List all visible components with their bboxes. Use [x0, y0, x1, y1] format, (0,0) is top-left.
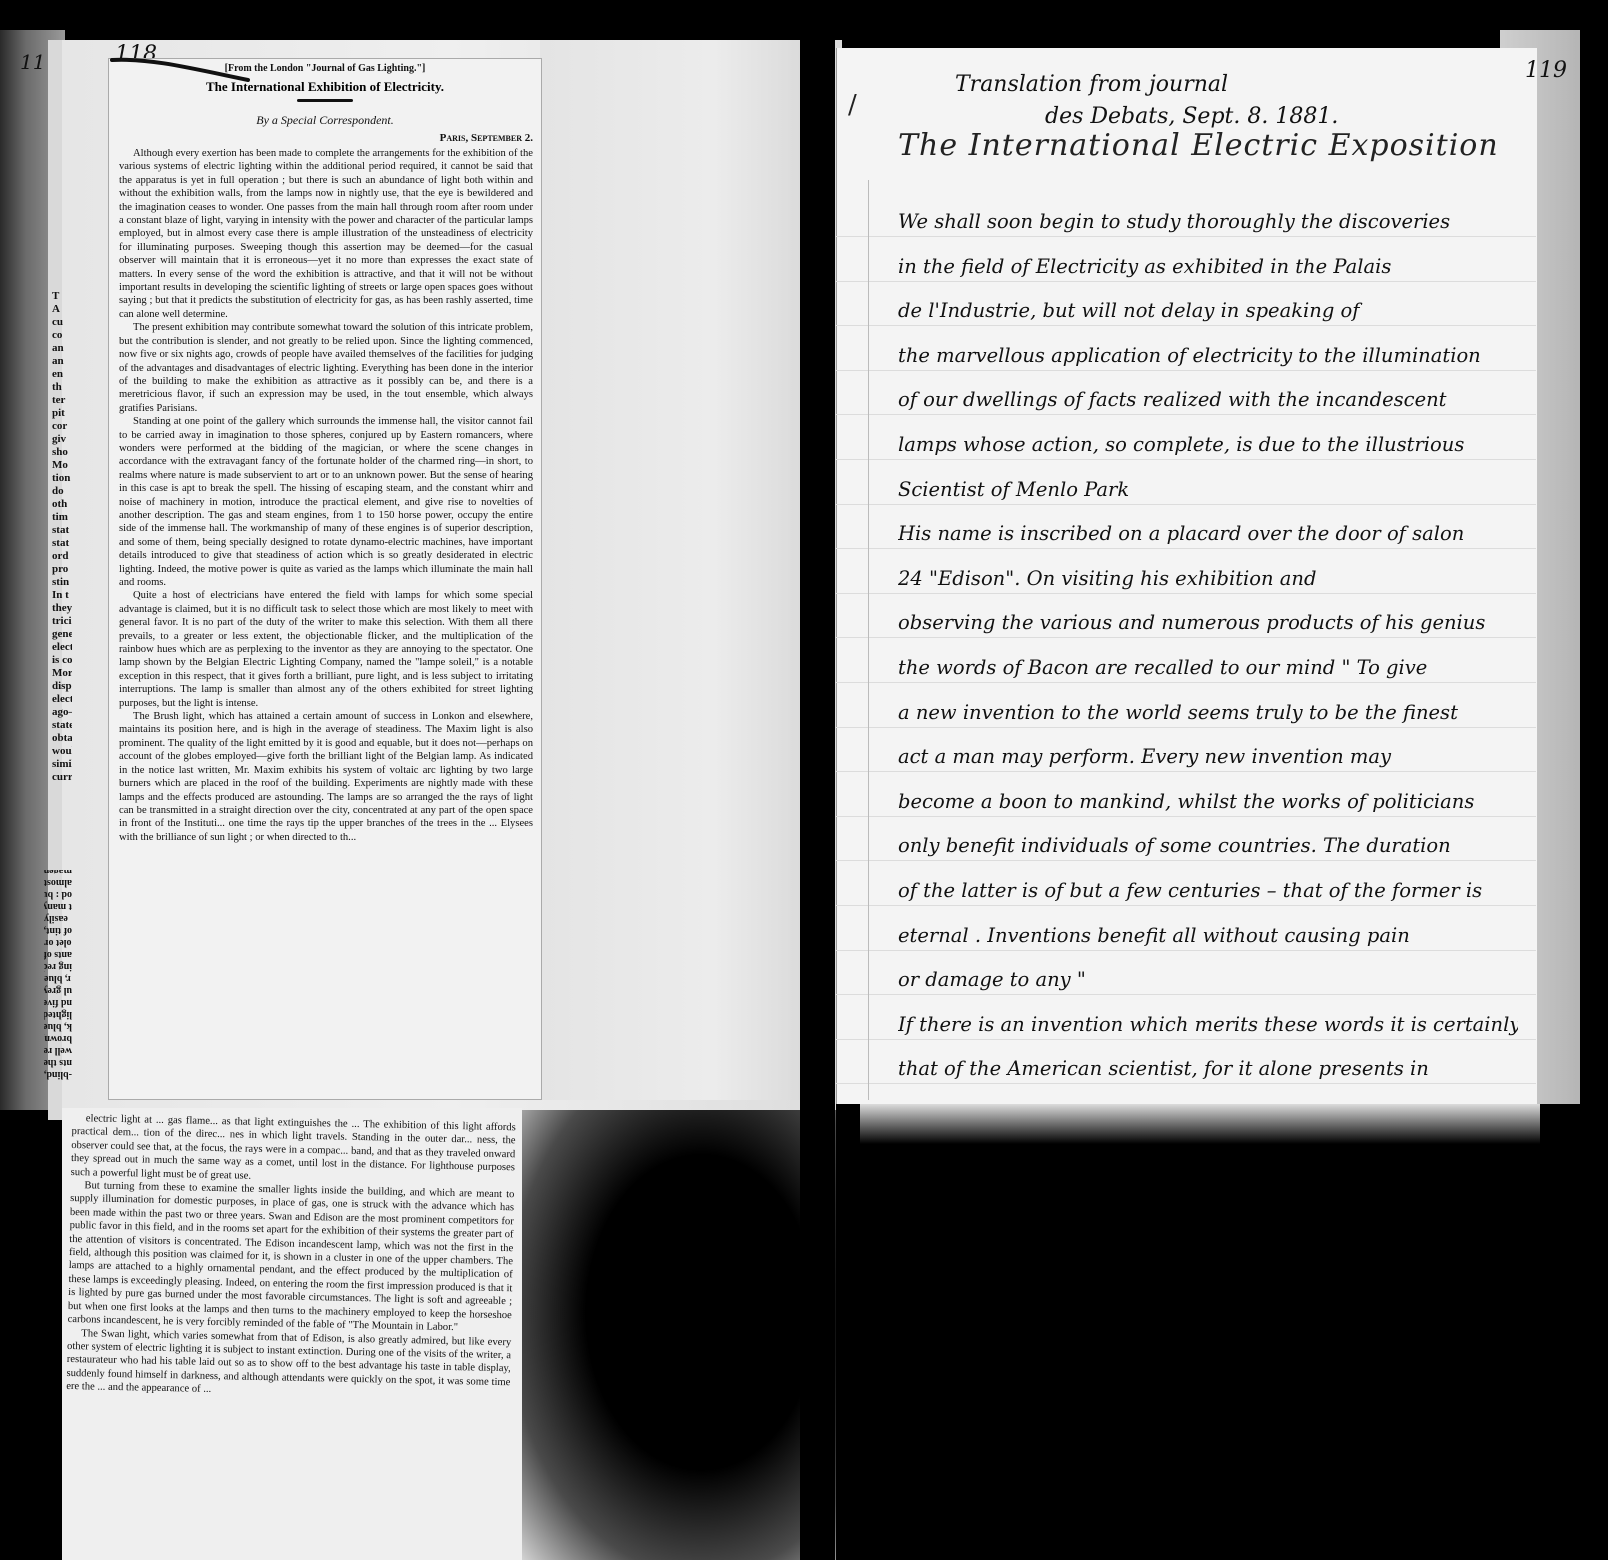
text-line: giv: [52, 433, 72, 446]
text-line: easily: [44, 912, 72, 924]
text-line: oth: [52, 498, 72, 511]
text-line: eternal . Inventions benefit all without…: [898, 914, 1518, 959]
left-page-blank-area: [540, 40, 830, 1100]
text-line: brown,: [44, 1032, 72, 1044]
text-line: act a man may perform. Every new inventi…: [898, 735, 1518, 780]
text-line: pit: [52, 407, 72, 420]
clipping-body: Although every exertion has been made to…: [119, 147, 533, 844]
title-divider-ornament: [297, 99, 353, 102]
text-line: r, blue: [44, 972, 72, 984]
text-line: nts the: [44, 1056, 72, 1068]
text-line: ul grey:: [44, 984, 72, 996]
previous-page-number: 11: [20, 50, 45, 74]
clipping-paragraph: Although every exertion has been made to…: [119, 147, 533, 321]
text-line: In t: [52, 589, 72, 602]
text-line: olet or: [44, 936, 72, 948]
text-line: lamps whose action, so complete, is due …: [898, 423, 1518, 468]
clipping-paragraph: Standing at one point of the gallery whi…: [119, 415, 533, 589]
text-line: k, blue,: [44, 1020, 72, 1032]
text-line: of the latter is of but a few centuries …: [898, 869, 1518, 914]
text-line: electi: [52, 693, 72, 706]
text-line: Scientist of Menlo Park: [898, 468, 1518, 513]
text-line: t many: [44, 900, 72, 912]
text-line: gene: [52, 628, 72, 641]
text-line: become a boon to mankind, whilst the wor…: [898, 780, 1518, 825]
margin-mark: /: [848, 90, 857, 120]
text-line: almost: [44, 876, 72, 888]
text-line: T: [52, 290, 72, 303]
page-bottom-shadow: [860, 1104, 1540, 1144]
text-line: sho: [52, 446, 72, 459]
text-line: of tint,: [44, 924, 72, 936]
text-line: magenta: [44, 870, 72, 876]
text-line: -blind,: [44, 1068, 72, 1080]
right-page-number: 119: [1525, 58, 1567, 83]
text-line: only benefit individuals of some countri…: [898, 824, 1518, 869]
text-line: elect: [52, 641, 72, 654]
text-line: observing the various and numerous produ…: [898, 601, 1518, 646]
text-line: is co: [52, 654, 72, 667]
clipping-continuation-body: electric light at ... gas flame... as th…: [66, 1112, 516, 1403]
text-line: curre: [52, 771, 72, 784]
text-line: stin: [52, 576, 72, 589]
clipping-byline: By a Special Correspondent.: [109, 113, 541, 128]
pen-stroke-mark: [110, 54, 250, 84]
text-line: ing red,: [44, 960, 72, 972]
newspaper-clipping: [From the London "Journal of Gas Lightin…: [108, 58, 542, 1100]
margin-rule: [868, 180, 869, 1100]
clipping-paragraph: The Swan light, which varies somewhat fr…: [66, 1326, 511, 1402]
text-line: stat: [52, 537, 72, 550]
text-line: stat: [52, 524, 72, 537]
text-line: de l'Industrie, but will not delay in sp…: [898, 289, 1518, 334]
text-line: or damage to any ": [898, 958, 1518, 1003]
clipping-paragraph: The present exhibition may contribute so…: [119, 321, 533, 415]
text-line: simil: [52, 758, 72, 771]
clipping-paragraph: The Brush light, which has attained a ce…: [119, 710, 533, 844]
newspaper-clipping-continuation: electric light at ... gas flame... as th…: [62, 1108, 522, 1560]
text-line: tim: [52, 511, 72, 524]
clipping-paragraph: electric light at ... gas flame... as th…: [71, 1112, 516, 1188]
text-line: pro: [52, 563, 72, 576]
text-line: a new invention to the world seems truly…: [898, 691, 1518, 736]
text-line: en: [52, 368, 72, 381]
text-line: woul: [52, 745, 72, 758]
text-line: 24 "Edison". On visiting his exhibition …: [898, 557, 1518, 602]
text-line: tion: [52, 472, 72, 485]
text-line: lighted,: [44, 1008, 72, 1020]
book-gutter: [800, 30, 835, 1560]
text-line: that of the American scientist, for it a…: [898, 1047, 1518, 1092]
text-line: Mo: [52, 459, 72, 472]
text-line: obtai: [52, 732, 72, 745]
text-line: an: [52, 355, 72, 368]
text-line: A: [52, 303, 72, 316]
text-line: they: [52, 602, 72, 615]
text-line: trici: [52, 615, 72, 628]
clipping-paragraph: But turning from these to examine the sm…: [68, 1179, 515, 1336]
text-line: ago–: [52, 706, 72, 719]
text-line: cu: [52, 316, 72, 329]
adjacent-clipping-fragment: TAcucoananenthterpitcorgivshoMotiondooth…: [52, 290, 72, 810]
upside-down-clipping-fragment: -blind,nts thewell re-brown,k, blue,ligh…: [44, 870, 72, 1080]
text-line: the marvellous application of electricit…: [898, 334, 1518, 379]
text-line: ants of: [44, 948, 72, 960]
text-line: od : but: [44, 888, 72, 900]
clipping-dateline: Paris, September 2.: [440, 132, 533, 144]
manuscript-title: The International Electric Exposition: [898, 128, 1499, 163]
text-line: cor: [52, 420, 72, 433]
text-line: nd five: [44, 996, 72, 1008]
text-line: well re-: [44, 1044, 72, 1056]
text-line: ord: [52, 550, 72, 563]
dark-background: [836, 1104, 1608, 1560]
text-line: th: [52, 381, 72, 394]
clipping-paragraph: Quite a host of electricians have entere…: [119, 589, 533, 710]
text-line: do: [52, 485, 72, 498]
text-line: in the field of Electricity as exhibited…: [898, 245, 1518, 290]
text-line: If there is an invention which merits th…: [898, 1003, 1518, 1048]
text-line: ter: [52, 394, 72, 407]
text-line: Mort: [52, 667, 72, 680]
text-line: an: [52, 342, 72, 355]
text-line: His name is inscribed on a placard over …: [898, 512, 1518, 557]
handwritten-note-line-1: Translation from journal: [955, 72, 1228, 97]
text-line: the words of Bacon are recalled to our m…: [898, 646, 1518, 691]
text-line: co: [52, 329, 72, 342]
text-line: state: [52, 719, 72, 732]
handwritten-note-line-2: des Debats, Sept. 8. 1881.: [1045, 104, 1338, 129]
text-line: We shall soon begin to study thoroughly …: [898, 200, 1518, 245]
text-line: dispo: [52, 680, 72, 693]
text-line: of our dwellings of facts realized with …: [898, 378, 1518, 423]
